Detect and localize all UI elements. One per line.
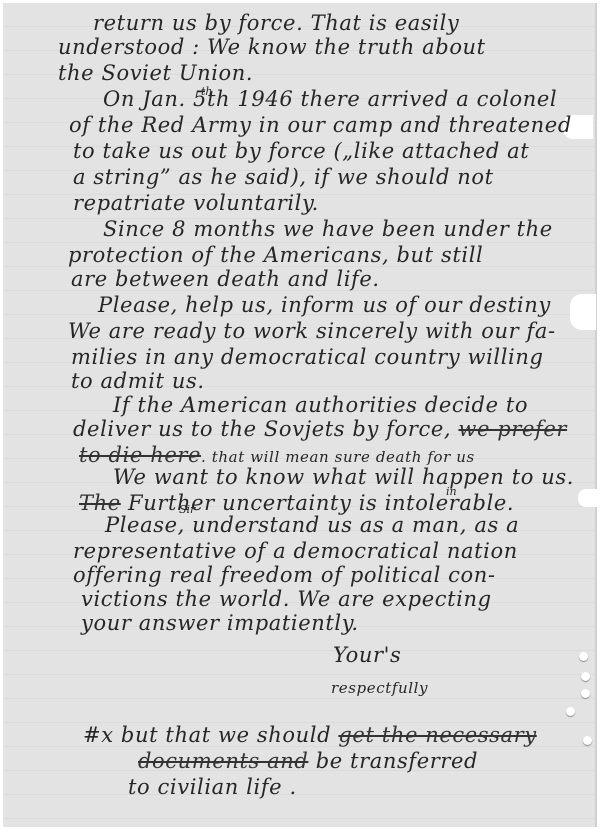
footnote-line: #x but that we should get the necessary xyxy=(83,723,537,747)
punch-hole xyxy=(583,736,592,745)
letter-line: a string” as he said), if we should not xyxy=(73,165,494,189)
letter-line: are between death and life. xyxy=(71,267,380,291)
letter-line: to take us out by force („like attached … xyxy=(73,139,529,163)
punch-hole xyxy=(579,652,588,661)
letter-line: of the Red Army in our camp and threaten… xyxy=(69,113,572,137)
letter-line: Please, understand us as a man, as a xyxy=(105,513,519,537)
torn-edge xyxy=(578,489,598,507)
letter-line: milies in any democratical country willi… xyxy=(71,345,544,369)
punch-hole xyxy=(566,707,575,716)
line-text: be transferred xyxy=(316,749,478,773)
footnote-line: to civilian life . xyxy=(128,775,297,799)
footnote-line: documents and be transferred xyxy=(138,749,478,773)
punch-hole xyxy=(581,689,590,698)
letter-line: If the American authorities decide to xyxy=(113,393,528,417)
superscript: th xyxy=(201,85,213,98)
letter-line: We are ready to work sincerely with our … xyxy=(68,319,556,343)
letter-line: victions the world. We are expecting xyxy=(81,587,492,611)
struck-text: get the necessary xyxy=(338,723,536,747)
letter-line: to die here. that will mean sure death f… xyxy=(79,443,475,467)
line-text: deliver us to the Sovjets by force, xyxy=(73,417,451,441)
letter-line: return us by force. That is easily xyxy=(93,11,459,35)
line-text: . that will mean sure death for us xyxy=(201,448,475,466)
letter-line: deliver us to the Sovjets by force, we p… xyxy=(73,417,567,441)
closing-line: Your's xyxy=(333,643,401,667)
torn-edge xyxy=(570,294,596,330)
letter-line: understood : We know the truth about xyxy=(58,35,486,59)
struck-text: documents and xyxy=(138,749,308,773)
letter-line: We want to know what will happen to us. xyxy=(113,465,574,489)
line-text: but that we should xyxy=(121,723,331,747)
letter-line: the Soviet Union. xyxy=(58,61,253,85)
letter-line: to admit us. xyxy=(71,369,205,393)
struck-text: we prefer xyxy=(458,417,567,441)
letter-line: your answer impatiently. xyxy=(81,611,359,635)
letter-line: offering real freedom of political con- xyxy=(73,563,496,587)
letter-line: representative of a democratical nation xyxy=(73,539,518,563)
letter-line: protection of the Americans, but still xyxy=(68,243,483,267)
footnote-marker: #x xyxy=(83,723,114,747)
insertion: in xyxy=(446,485,457,498)
letter-line: On Jan. 5th 1946 there arrived a colonel xyxy=(103,87,557,111)
letter-page: return us by force. That is easily under… xyxy=(3,3,597,827)
punch-hole xyxy=(581,672,590,681)
letter-line: Please, help us, inform us of our destin… xyxy=(98,293,551,317)
letter-line: repatriate voluntarily. xyxy=(73,191,319,215)
struck-text: to die here xyxy=(79,443,201,467)
letter-line: Since 8 months we have been under the xyxy=(103,217,553,241)
struck-text: The xyxy=(79,491,121,515)
closing-line: respectfully xyxy=(331,679,428,697)
